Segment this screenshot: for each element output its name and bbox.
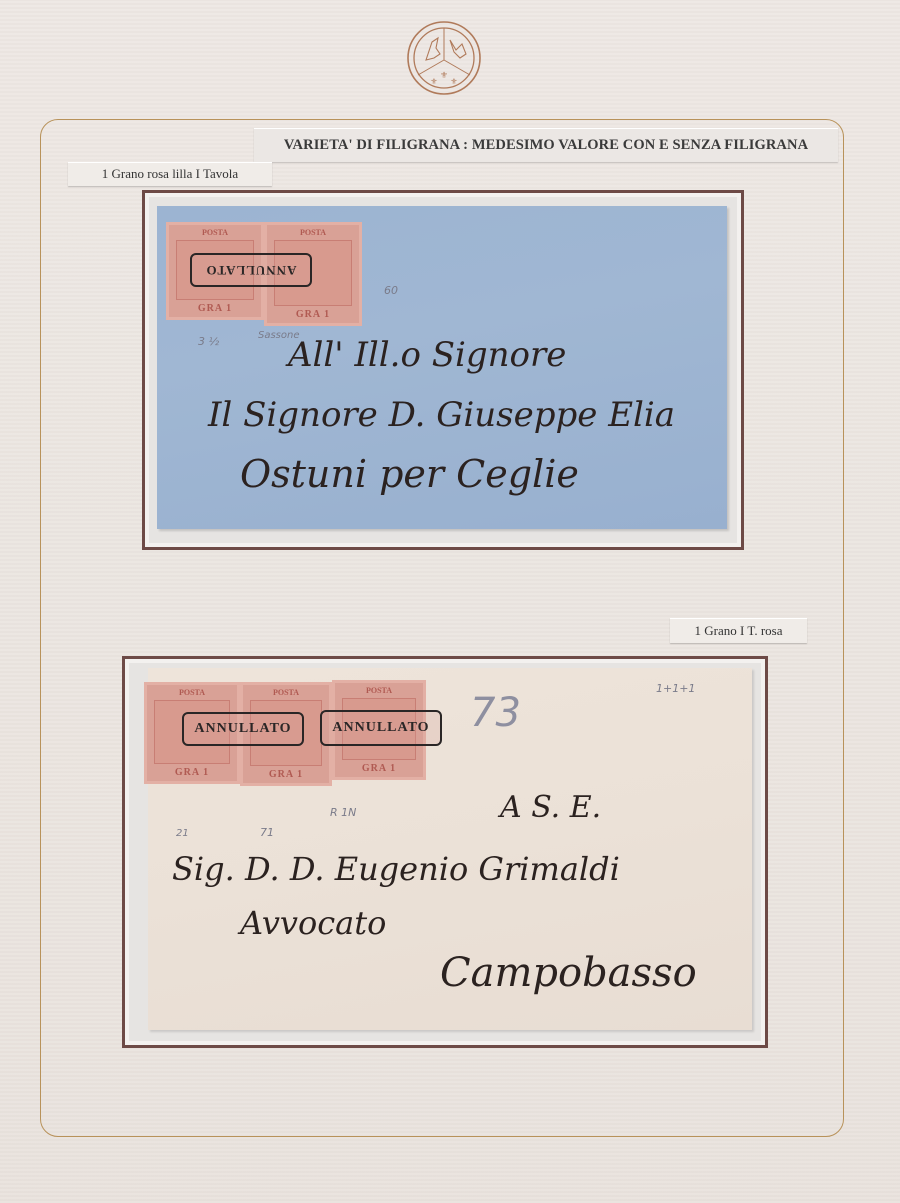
page-title: VARIETA' DI FILIGRANA : MEDESIMO VALORE … bbox=[254, 128, 838, 162]
crest-icon: ⚜ ⚜ ⚜ bbox=[406, 20, 482, 96]
pencil-note: 3 ½ bbox=[198, 335, 219, 348]
item-label-2: 1 Grano I T. rosa bbox=[670, 618, 807, 643]
address-line: All' Ill.o Signore bbox=[288, 335, 566, 375]
address-line: Sig. D. D. Eugenio Grimaldi bbox=[172, 850, 620, 888]
svg-text:⚜: ⚜ bbox=[430, 77, 437, 86]
pencil-note: 71 bbox=[260, 826, 274, 839]
cancel-annullato-1: ANNULLATO bbox=[190, 253, 312, 287]
svg-text:⚜: ⚜ bbox=[450, 77, 457, 86]
pencil-note: 60 bbox=[384, 284, 398, 297]
cancel-annullato-2a: ANNULLATO bbox=[182, 712, 304, 746]
address-line: A S. E. bbox=[500, 790, 601, 825]
address-line: Ostuni per Ceglie bbox=[240, 452, 579, 496]
address-line: Il Signore D. Giuseppe Elia bbox=[208, 395, 675, 435]
pencil-note: 1+1+1 bbox=[656, 682, 695, 695]
address-line: Campobasso bbox=[440, 950, 697, 996]
item-label-1: 1 Grano rosa lilla I Tavola bbox=[68, 162, 272, 186]
cancel-annullato-2b: ANNULLATO bbox=[320, 710, 442, 746]
svg-text:⚜: ⚜ bbox=[440, 70, 448, 80]
address-line: Avvocato bbox=[240, 904, 386, 942]
pencil-note: 73 bbox=[470, 690, 521, 736]
pencil-note: 21 bbox=[176, 828, 189, 839]
pencil-note: R 1N bbox=[330, 806, 356, 819]
